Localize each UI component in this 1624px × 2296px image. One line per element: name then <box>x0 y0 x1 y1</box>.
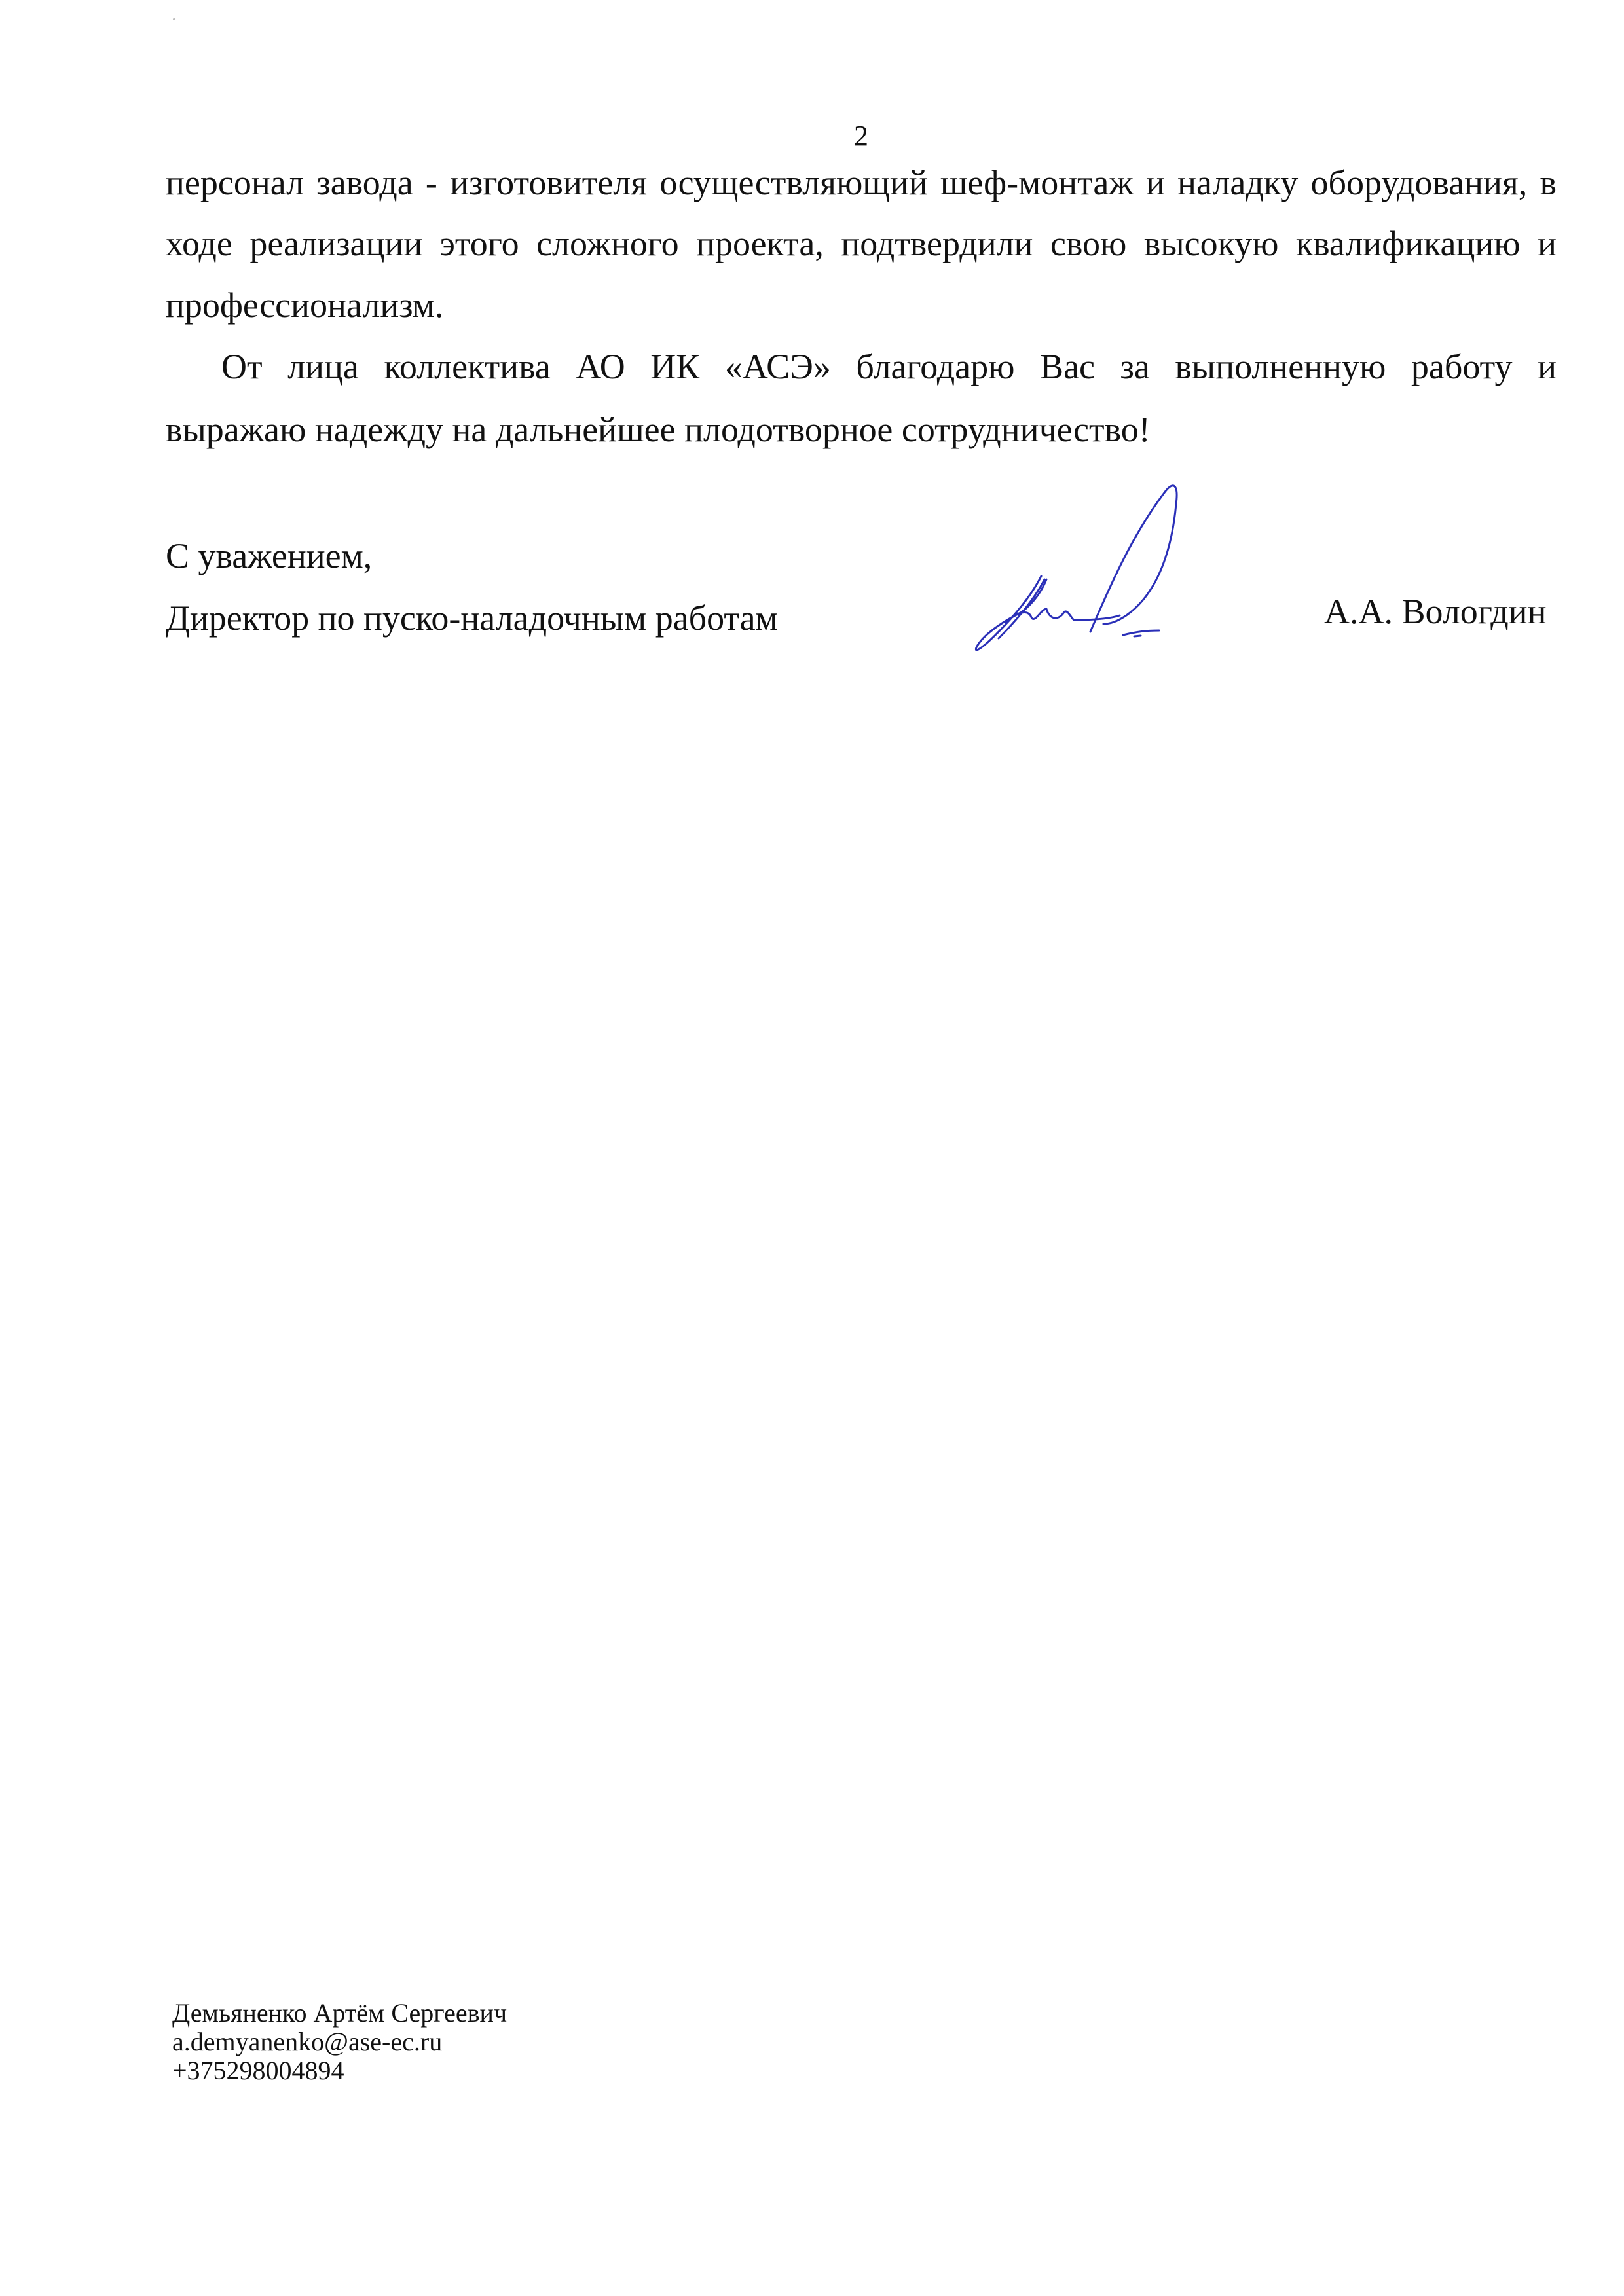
page-number: 2 <box>845 122 877 151</box>
contact-block: Демьяненко Артём Сергеевич a.demyanenko@… <box>172 1999 507 2085</box>
paragraph-2-line-1: От лица коллектива АО ИК «АСЭ» благодарю… <box>221 349 1557 384</box>
paragraph-2-line-2: выражаю надежду на дальнейшее плодотворн… <box>166 412 1557 447</box>
signer-position: Директор по пуско-наладочным работам <box>166 600 778 636</box>
document-page: 2 персонал завода - изготовителя осущест… <box>0 0 1624 2296</box>
paragraph-1-line-1: персонал завода - изготовителя осуществл… <box>166 165 1557 200</box>
scan-speck <box>173 18 175 20</box>
contact-email: a.demyanenko@ase-ec.ru <box>172 2028 507 2056</box>
handwritten-signature <box>969 475 1205 665</box>
paragraph-1-line-2: ходе реализации этого сложного проекта, … <box>166 226 1557 261</box>
closing-salutation: С уважением, <box>166 538 372 574</box>
contact-name: Демьяненко Артём Сергеевич <box>172 1999 507 2028</box>
contact-phone: +375298004894 <box>172 2056 507 2085</box>
paragraph-1-line-3: профессионализм. <box>166 287 1557 323</box>
signer-name: А.А. Вологдин <box>1324 594 1546 629</box>
